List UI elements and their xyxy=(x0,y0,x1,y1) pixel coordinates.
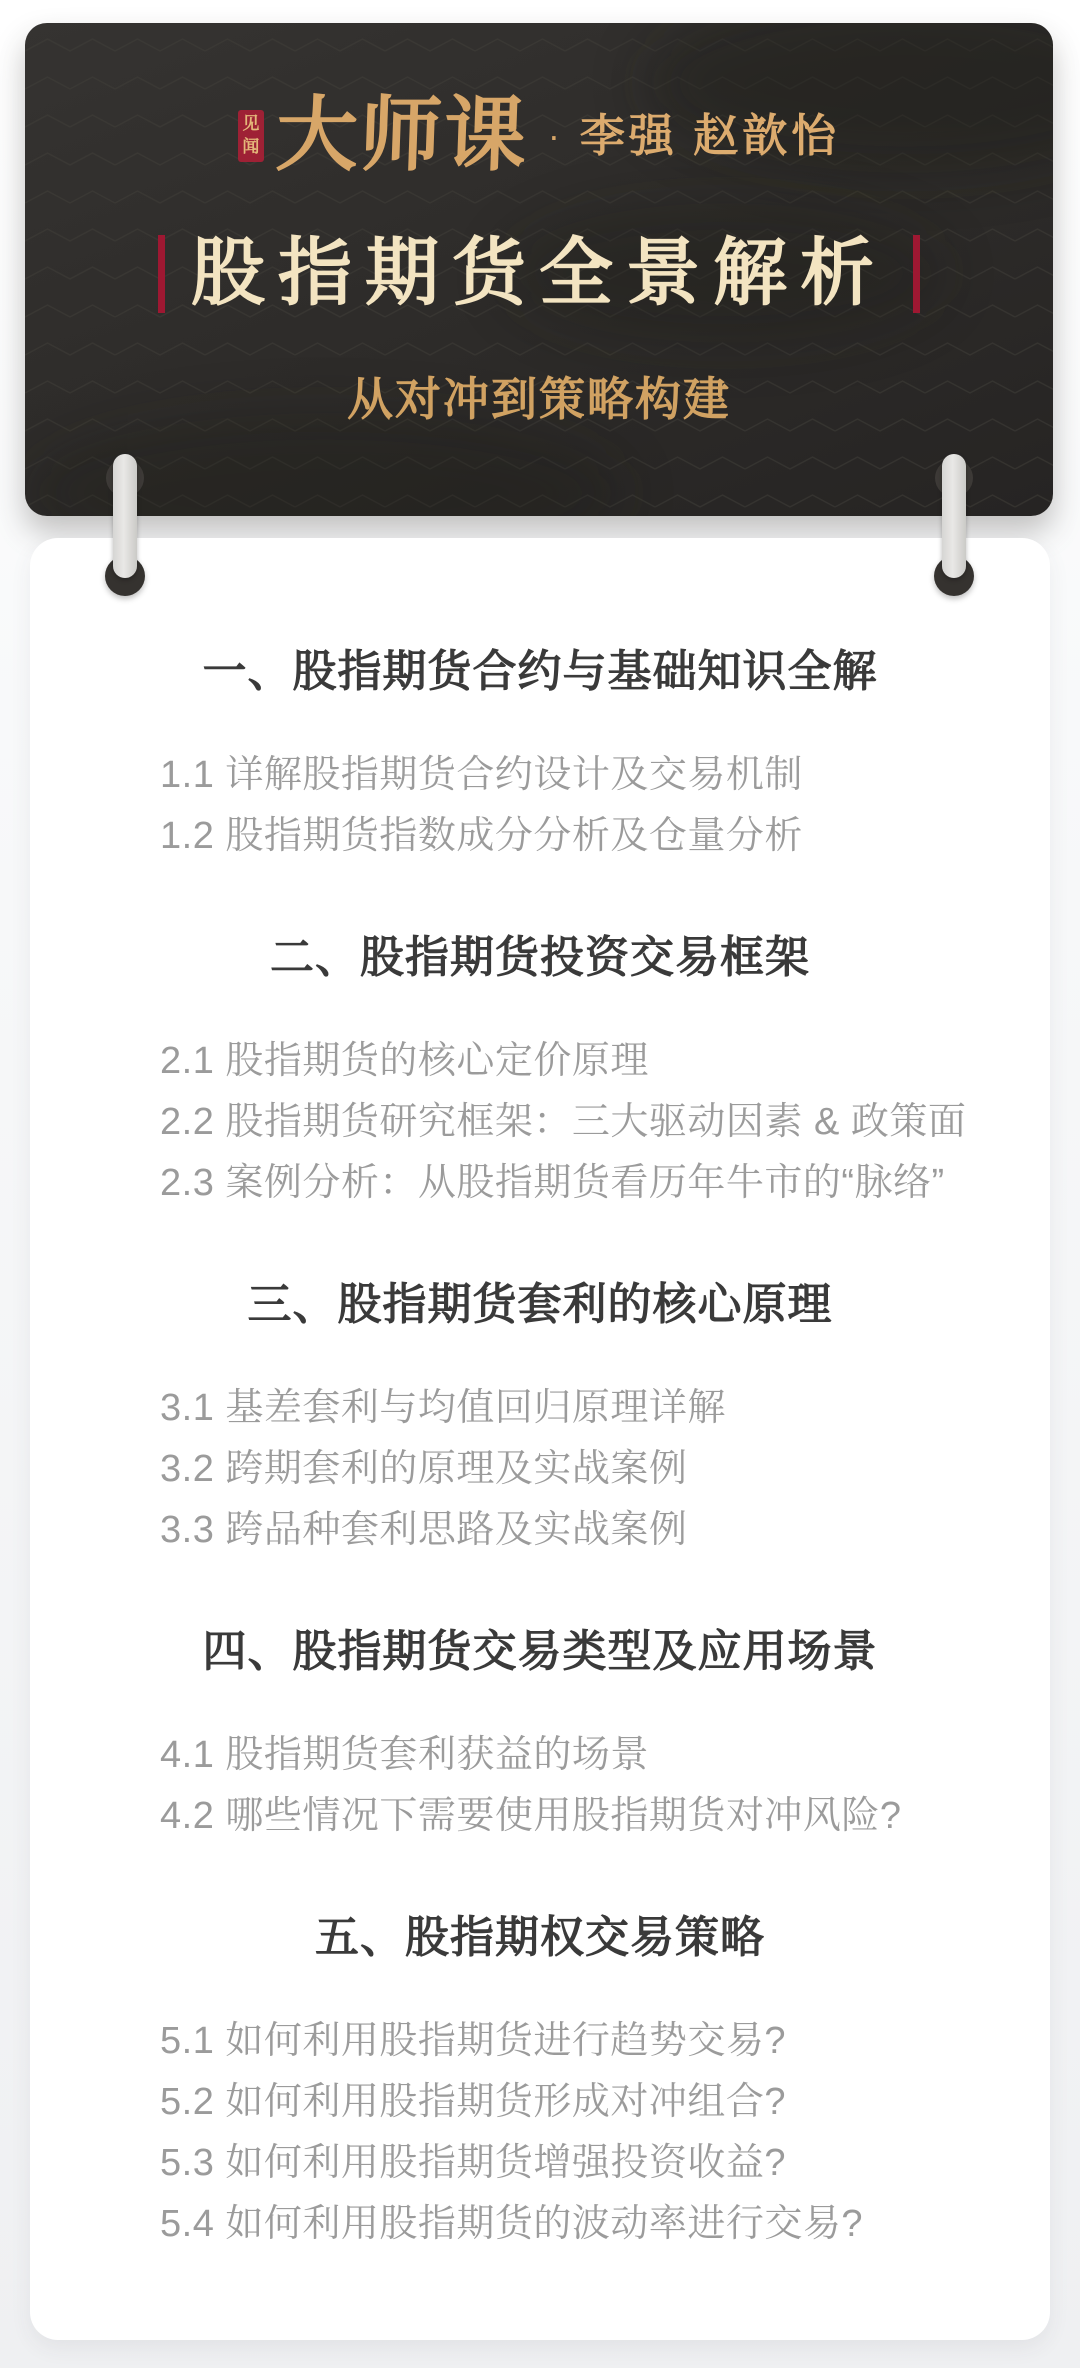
red-bar-right xyxy=(913,235,920,313)
section-heading: 二、股指期货投资交易框架 xyxy=(90,935,990,981)
outline-item: 3.1 基差套利与均值回归原理详解 xyxy=(160,1378,990,1439)
course-title: 股指期货全景解析 xyxy=(191,235,887,313)
author-names: 李强 赵歆怡 xyxy=(580,114,840,159)
outline-item: 4.2 哪些情况下需要使用股指期货对冲风险? xyxy=(160,1786,990,1847)
outline-item: 2.3 案例分析：从股指期货看历年牛市的“脉络” xyxy=(160,1153,990,1214)
section-heading: 四、股指期货交易类型及应用场景 xyxy=(90,1629,990,1675)
outline-item: 5.4 如何利用股指期货的波动率进行交易? xyxy=(160,2194,990,2255)
outline-items: 4.1 股指期货套利获益的场景4.2 哪些情况下需要使用股指期货对冲风险? xyxy=(160,1725,990,1847)
section-heading: 一、股指期货合约与基础知识全解 xyxy=(90,649,990,695)
outline-item: 4.1 股指期货套利获益的场景 xyxy=(160,1725,990,1786)
ring-strap-icon xyxy=(113,454,137,578)
section-heading: 五、股指期权交易策略 xyxy=(90,1915,990,1961)
outline-items: 5.1 如何利用股指期货进行趋势交易?5.2 如何利用股指期货形成对冲组合?5.… xyxy=(160,2011,990,2255)
outline-item: 1.1 详解股指期货合约设计及交易机制 xyxy=(160,745,990,806)
outline-item: 2.2 股指期货研究框架：三大驱动因素 & 政策面 xyxy=(160,1092,990,1153)
outline-item: 5.2 如何利用股指期货形成对冲组合? xyxy=(160,2072,990,2133)
outline-items: 1.1 详解股指期货合约设计及交易机制1.2 股指期货指数成分分析及仓量分析 xyxy=(160,745,990,867)
course-subtitle: 从对冲到策略构建 xyxy=(25,377,1053,423)
section-heading: 三、股指期货套利的核心原理 xyxy=(90,1282,990,1328)
page: { "brand": { "seal_top": "见", "seal_bott… xyxy=(0,0,1080,2368)
red-bar-left xyxy=(158,235,165,313)
outline-item: 3.3 跨品种套利思路及实战案例 xyxy=(160,1500,990,1561)
outline-card: 一、股指期货合约与基础知识全解 1.1 详解股指期货合约设计及交易机制1.2 股… xyxy=(30,538,1050,2340)
outline-section: 五、股指期权交易策略 5.1 如何利用股指期货进行趋势交易?5.2 如何利用股指… xyxy=(160,1915,990,2255)
outline-item: 1.2 股指期货指数成分分析及仓量分析 xyxy=(160,806,990,867)
header-card: 见 闻 大师课 · 李强 赵歆怡 股指期货全景解析 从对冲到策略构建 xyxy=(25,23,1053,516)
outline-item: 5.1 如何利用股指期货进行趋势交易? xyxy=(160,2011,990,2072)
outline-sections: 一、股指期货合约与基础知识全解 1.1 详解股指期货合约设计及交易机制1.2 股… xyxy=(160,649,990,2255)
outline-items: 3.1 基差套利与均值回归原理详解3.2 跨期套利的原理及实战案例3.3 跨品种… xyxy=(160,1378,990,1561)
outline-item: 5.3 如何利用股指期货增强投资收益? xyxy=(160,2133,990,2194)
seal-char-top: 见 xyxy=(242,113,259,136)
separator-dot: · xyxy=(548,118,560,154)
title-row: 股指期货全景解析 xyxy=(25,235,1053,313)
outline-section: 三、股指期货套利的核心原理 3.1 基差套利与均值回归原理详解3.2 跨期套利的… xyxy=(160,1282,990,1561)
outline-item: 2.1 股指期货的核心定价原理 xyxy=(160,1031,990,1092)
seal-char-bottom: 闻 xyxy=(242,136,259,159)
outline-section: 四、股指期货交易类型及应用场景 4.1 股指期货套利获益的场景4.2 哪些情况下… xyxy=(160,1629,990,1847)
jianwen-seal: 见 闻 xyxy=(238,110,264,162)
brand-row: 见 闻 大师课 · 李强 赵歆怡 xyxy=(25,95,1053,177)
outline-item: 3.2 跨期套利的原理及实战案例 xyxy=(160,1439,990,1500)
outline-section: 一、股指期货合约与基础知识全解 1.1 详解股指期货合约设计及交易机制1.2 股… xyxy=(160,649,990,867)
masterclass-logo: 大师课 xyxy=(274,95,529,177)
outline-section: 二、股指期货投资交易框架 2.1 股指期货的核心定价原理2.2 股指期货研究框架… xyxy=(160,935,990,1214)
ring-strap-icon xyxy=(942,454,966,578)
outline-items: 2.1 股指期货的核心定价原理2.2 股指期货研究框架：三大驱动因素 & 政策面… xyxy=(160,1031,990,1214)
